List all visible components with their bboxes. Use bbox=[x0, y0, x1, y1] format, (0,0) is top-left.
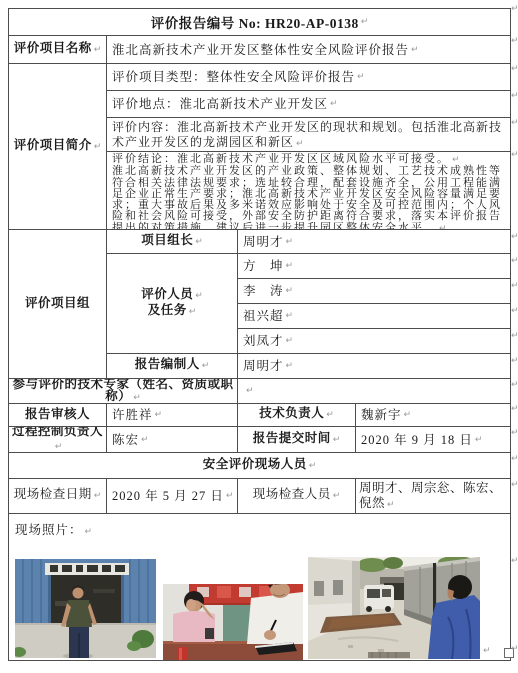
paragraph-mark: ↵ bbox=[195, 237, 203, 247]
report-reviewer-value: 许胜祥 ↵ bbox=[107, 404, 238, 427]
team-leader-name: 周明才 bbox=[243, 235, 284, 249]
conclusion-paragraph-2: 淮北高新技术产业开发区的产业政策、整体规划、工艺技术成熟性等符合相关法律法规要求… bbox=[112, 166, 507, 230]
team-members-label-line1: 评价人员 bbox=[141, 287, 193, 301]
submit-date-value: 2020 年 9 月 18 日 ↵ bbox=[356, 427, 511, 453]
experts-label: 参与评价的技术专家（姓名、资质或职称）↵ bbox=[9, 379, 238, 404]
paragraph-mark: ↵ bbox=[286, 259, 294, 273]
paragraph-mark: ↵ bbox=[511, 118, 518, 128]
paragraph-mark: ↵ bbox=[85, 527, 93, 537]
paragraph-mark: ↵ bbox=[286, 235, 294, 249]
paragraph-mark: ↵ bbox=[226, 489, 234, 503]
report-number: 评价报告编号 No: HR20-AP-0138 bbox=[151, 12, 359, 32]
paragraph-mark: ↵ bbox=[94, 45, 102, 55]
paragraph-mark: ↵ bbox=[55, 442, 63, 452]
site-photo-alley bbox=[308, 557, 480, 659]
project-content-value: 评价内容：淮北高新技术产业开发区的现状和规划。包括淮北高新技术产业开发区的龙湖园… bbox=[107, 118, 511, 152]
paragraph-mark: ↵ bbox=[511, 256, 518, 266]
experts-value: ↵ bbox=[238, 379, 511, 404]
team-member-name: 李 涛 bbox=[243, 284, 284, 298]
paragraph-mark: ↵ bbox=[411, 43, 419, 57]
paragraph-mark: ↵ bbox=[326, 410, 334, 420]
process-control-label: 过程控制负责人↵ bbox=[9, 427, 107, 453]
report-writer-label: 报告编制人↵ bbox=[107, 354, 238, 379]
project-conclusion-value: 评价结论：淮北高新技术产业开发区区域风险水平可接受。↵ 淮北高新技术产业开发区的… bbox=[107, 152, 511, 230]
submit-date-label-text: 报告提交时间 bbox=[253, 431, 331, 445]
paragraph-mark: ↵ bbox=[511, 380, 518, 390]
project-location-text: 评价地点：淮北高新技术产业开发区 bbox=[112, 97, 328, 111]
paragraph-mark: ↵ bbox=[309, 461, 317, 471]
team-member-row: 方 坤 ↵ bbox=[238, 254, 511, 279]
site-photos-row: 现场照片：↵ bbox=[9, 514, 511, 661]
conclusion-text-1: 评价结论：淮北高新技术产业开发区区域风险水平可接受。 bbox=[112, 153, 450, 165]
paragraph-mark: ↵ bbox=[94, 491, 102, 501]
team-group-label-text: 评价项目组 bbox=[25, 296, 90, 310]
paragraph-mark: ↵ bbox=[475, 433, 483, 447]
inspection-date-text: 2020 年 5 月 27 日 bbox=[112, 489, 224, 503]
paragraph-mark: ↵ bbox=[511, 644, 518, 654]
paragraph-mark: ↵ bbox=[94, 142, 102, 152]
project-name-value: 淮北高新技术产业开发区整体性安全风险评价报告 ↵ bbox=[107, 36, 511, 64]
report-writer-label-text: 报告编制人 bbox=[135, 357, 200, 371]
meeting-photo-illustration bbox=[163, 584, 303, 661]
paragraph-mark: ↵ bbox=[296, 139, 304, 149]
tech-lead-label-text: 技术负责人 bbox=[259, 406, 324, 420]
paragraph-mark: ↵ bbox=[511, 281, 518, 291]
paragraph-mark: ↵ bbox=[189, 307, 197, 317]
paragraph-mark: ↵ bbox=[286, 359, 294, 373]
report-reviewer-label: 报告审核人 bbox=[9, 404, 107, 427]
site-personnel-header: 安全评价现场人员↵ bbox=[9, 453, 511, 479]
project-content-text: 评价内容：淮北高新技术产业开发区的现状和规划。包括淮北高新技术产业开发区的龙湖园… bbox=[112, 120, 502, 149]
paragraph-mark: ↵ bbox=[511, 480, 518, 490]
paragraph-mark: ↵ bbox=[387, 500, 395, 510]
paragraph-mark: ↵ bbox=[511, 4, 518, 14]
report-number-row: 评价报告编号 No: HR20-AP-0138 ↵ bbox=[9, 9, 511, 36]
paragraph-mark: ↵ bbox=[333, 491, 341, 501]
site-personnel-header-text: 安全评价现场人员 bbox=[203, 457, 307, 471]
team-members-label-line2: 及任务 bbox=[148, 303, 187, 317]
project-name-label: 评价项目名称↵ bbox=[9, 36, 107, 64]
project-type-value: 评价项目类型：整体性安全风险评价报告 ↵ bbox=[107, 64, 511, 91]
paragraph-mark: ↵ bbox=[195, 291, 203, 301]
report-writer-name: 周明才 bbox=[243, 359, 284, 373]
site-photo-meeting bbox=[163, 584, 303, 661]
paragraph-mark: ↵ bbox=[511, 232, 518, 242]
team-member-name: 方 坤 bbox=[243, 259, 284, 273]
paragraph-mark: ↵ bbox=[333, 435, 341, 445]
process-control-name: 陈宏 bbox=[112, 433, 139, 447]
inspection-date-label: 现场检查日期↵ bbox=[9, 479, 107, 514]
alley-photo-illustration bbox=[308, 557, 480, 659]
paragraph-mark: ↵ bbox=[511, 91, 518, 101]
paragraph-mark: ↵ bbox=[155, 408, 163, 422]
inspection-date-label-text: 现场检查日期 bbox=[14, 487, 92, 501]
site-photos-label-text: 现场照片： bbox=[15, 523, 83, 537]
paragraph-mark: ↵ bbox=[511, 331, 518, 341]
paragraph-mark: ↵ bbox=[511, 356, 518, 366]
paragraph-mark: ↵ bbox=[511, 454, 518, 464]
paragraph-mark: ↵ bbox=[330, 97, 338, 111]
evaluation-report-table: 评价报告编号 No: HR20-AP-0138 ↵ 评价项目名称↵ 淮北高新技术… bbox=[8, 8, 511, 661]
paragraph-mark: ↵ bbox=[357, 70, 365, 84]
project-name-label-text: 评价项目名称 bbox=[14, 41, 92, 55]
report-reviewer-name: 许胜祥 bbox=[112, 408, 153, 422]
paragraph-mark: ↵ bbox=[141, 433, 149, 447]
paragraph-mark: ↵ bbox=[286, 309, 294, 323]
paragraph-mark: ↵ bbox=[404, 408, 412, 422]
paragraph-mark: ↵ bbox=[511, 428, 518, 438]
site-photos-label: 现场照片：↵ bbox=[15, 520, 92, 538]
paragraph-mark: ↵ bbox=[511, 404, 518, 414]
team-leader-label: 项目组长↵ bbox=[107, 230, 238, 254]
paragraph-mark: ↵ bbox=[452, 155, 460, 165]
tech-lead-value: 魏新宇 ↵ bbox=[356, 404, 511, 427]
inspection-personnel-label-text: 现场检查人员 bbox=[253, 487, 331, 501]
paragraph-mark: ↵ bbox=[202, 361, 210, 371]
paragraph-mark: ↵ bbox=[286, 284, 294, 298]
conclusion-text-2: 淮北高新技术产业开发区的产业政策、整体规划、工艺技术成熟性等符合相关法律法规要求… bbox=[112, 165, 502, 230]
factory-photo-illustration bbox=[15, 559, 156, 658]
report-writer-value: 周明才 ↵ bbox=[238, 354, 511, 379]
paragraph-mark: ↵ bbox=[511, 306, 518, 316]
paragraph-mark: ↵ bbox=[286, 334, 294, 348]
project-type-text: 评价项目类型：整体性安全风险评价报告 bbox=[112, 70, 355, 84]
team-group-label: 评价项目组 bbox=[9, 230, 107, 379]
team-members-label: 评价人员↵ 及任务↵ bbox=[107, 254, 238, 354]
project-intro-label-text: 评价项目简介 bbox=[14, 138, 92, 152]
paragraph-mark: ↵ bbox=[246, 384, 254, 398]
tech-lead-label: 技术负责人↵ bbox=[238, 404, 356, 427]
tech-lead-name: 魏新宇 bbox=[361, 408, 402, 422]
team-member-row: 祖兴超 ↵ bbox=[238, 304, 511, 329]
submit-date-label: 报告提交时间↵ bbox=[238, 427, 356, 453]
paragraph-mark: ↵ bbox=[361, 17, 369, 27]
team-leader-label-text: 项目组长 bbox=[141, 233, 193, 247]
submit-date-text: 2020 年 9 月 18 日 bbox=[361, 433, 473, 447]
team-member-name: 祖兴超 bbox=[243, 309, 284, 323]
report-reviewer-label-text: 报告审核人 bbox=[25, 407, 90, 421]
inspection-personnel-value: 周明才、周宗忩、陈宏、倪然↵ bbox=[356, 479, 511, 514]
inspection-personnel-names: 周明才、周宗忩、陈宏、倪然 bbox=[359, 481, 502, 510]
team-leader-value: 周明才 ↵ bbox=[238, 230, 511, 254]
project-location-value: 评价地点：淮北高新技术产业开发区 ↵ bbox=[107, 91, 511, 118]
paragraph-mark: ↵ bbox=[133, 393, 141, 403]
paragraph-mark: ↵ bbox=[511, 150, 518, 160]
paragraph-mark: ↵ bbox=[511, 36, 518, 46]
team-member-row: 刘凤才 ↵ bbox=[238, 329, 511, 354]
process-control-label-text: 过程控制负责人 bbox=[12, 427, 103, 438]
paragraph-mark: ↵ bbox=[483, 646, 491, 656]
paragraph-mark: ↵ bbox=[511, 556, 518, 566]
inspection-date-value: 2020 年 5 月 27 日 ↵ bbox=[107, 479, 238, 514]
experts-label-text: 参与评价的技术专家（姓名、资质或职称） bbox=[12, 379, 233, 403]
site-photo-factory bbox=[15, 559, 156, 658]
process-control-value: 陈宏 ↵ bbox=[107, 427, 238, 453]
team-member-name: 刘凤才 bbox=[243, 334, 284, 348]
paragraph-mark: ↵ bbox=[511, 64, 518, 74]
inspection-personnel-label: 现场检查人员↵ bbox=[238, 479, 356, 514]
project-name-text: 淮北高新技术产业开发区整体性安全风险评价报告 bbox=[112, 43, 409, 57]
team-member-row: 李 涛 ↵ bbox=[238, 279, 511, 304]
project-intro-label: 评价项目简介↵ bbox=[9, 64, 107, 230]
report-page: 评价报告编号 No: HR20-AP-0138 ↵ 评价项目名称↵ 淮北高新技术… bbox=[0, 0, 518, 673]
